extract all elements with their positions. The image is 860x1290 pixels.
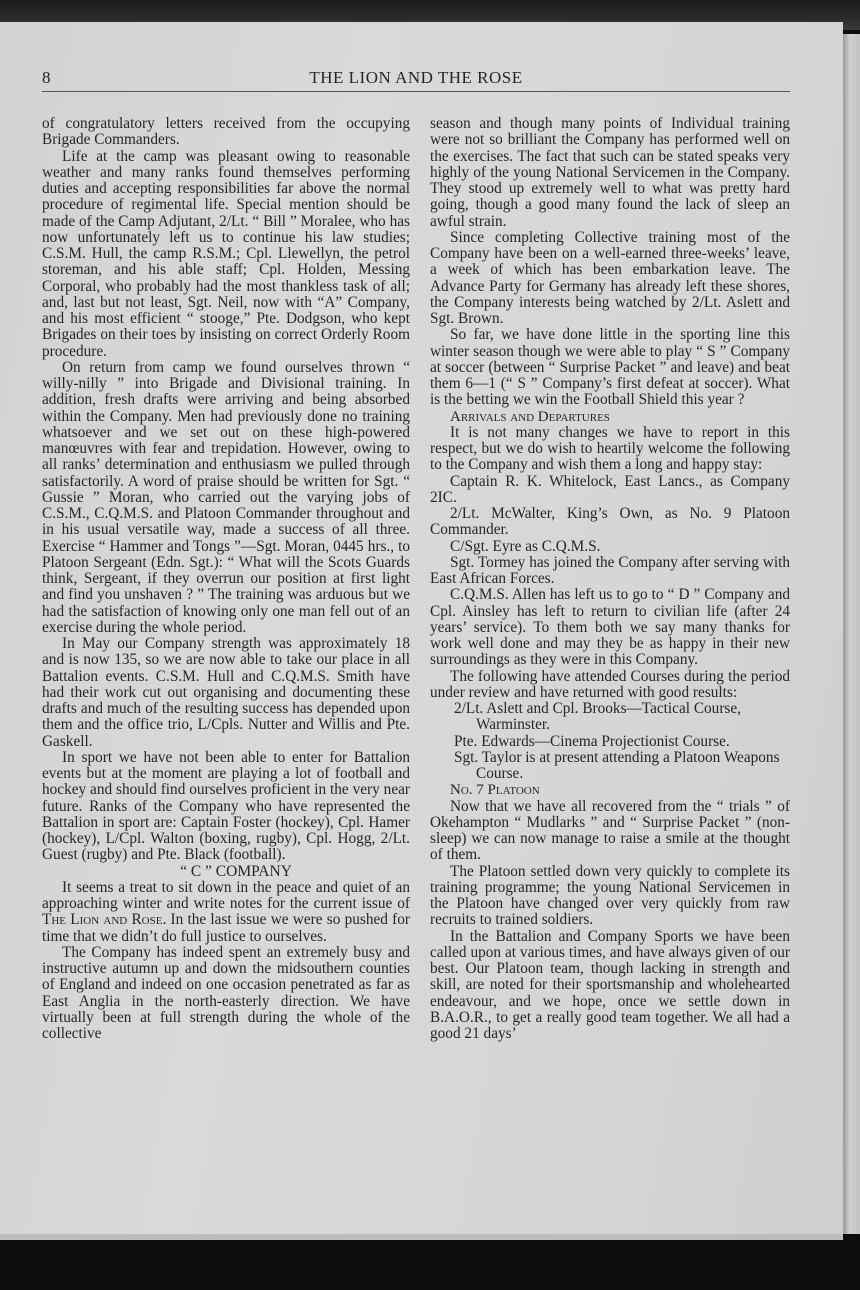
paragraph: It is not many changes we have to report… xyxy=(430,425,790,474)
paragraph: The Company has indeed spent an extremel… xyxy=(42,945,410,1043)
paragraph: Sgt. Tormey has joined the Company after… xyxy=(430,555,790,588)
paragraph: season and though many points of Individ… xyxy=(430,116,790,230)
section-heading-c-company: “ C ” COMPANY xyxy=(42,864,410,880)
paragraph: The following have attended Courses duri… xyxy=(430,669,790,702)
paragraph: Since completing Collective training mos… xyxy=(430,230,790,328)
running-title: THE LION AND THE ROSE xyxy=(42,68,790,88)
paragraph: In the Battalion and Company Sports we h… xyxy=(430,929,790,1043)
paragraph: C.Q.M.S. Allen has left us to go to “ D … xyxy=(430,587,790,668)
section-heading-arrivals: Arrivals and Departures xyxy=(430,409,790,425)
paragraph: Now that we have all recovered from the … xyxy=(430,799,790,864)
right-column: season and though many points of Individ… xyxy=(430,116,790,1042)
paragraph: On return from camp we found ourselves t… xyxy=(42,360,410,636)
paragraph: 2/Lt. McWalter, King’s Own, as No. 9 Pla… xyxy=(430,506,790,539)
paragraph: In sport we have not been able to enter … xyxy=(42,750,410,864)
paragraph: Life at the camp was pleasant owing to r… xyxy=(42,149,410,360)
paragraph: The Platoon settled down very quickly to… xyxy=(430,864,790,929)
header-rule xyxy=(42,91,790,92)
next-page-edge xyxy=(843,34,860,1234)
paragraph: C/Sgt. Eyre as C.Q.M.S. xyxy=(430,539,790,555)
course-item: Sgt. Taylor is at present attending a Pl… xyxy=(430,750,790,783)
magazine-title: The Lion and Rose xyxy=(42,911,162,928)
paragraph: It seems a treat to sit down in the peac… xyxy=(42,880,410,945)
text-run: It seems a treat to sit down in the peac… xyxy=(42,879,410,912)
left-column: of congratulatory letters received from … xyxy=(42,116,410,1042)
scan-bottom-border xyxy=(0,1234,843,1240)
course-item: Pte. Edwards—Cinema Projectionist Course… xyxy=(430,734,790,750)
section-heading-no7-platoon: No. 7 Platoon xyxy=(430,782,790,798)
paragraph: So far, we have done little in the sport… xyxy=(430,327,790,408)
paragraph: of congratulatory letters received from … xyxy=(42,116,410,149)
course-item: 2/Lt. Aslett and Cpl. Brooks—Tactical Co… xyxy=(430,701,790,734)
page-header: 8 THE LION AND THE ROSE xyxy=(42,68,790,90)
paragraph: Captain R. K. Whitelock, East Lancs., as… xyxy=(430,474,790,507)
paragraph: In May our Company strength was approxi­… xyxy=(42,636,410,750)
